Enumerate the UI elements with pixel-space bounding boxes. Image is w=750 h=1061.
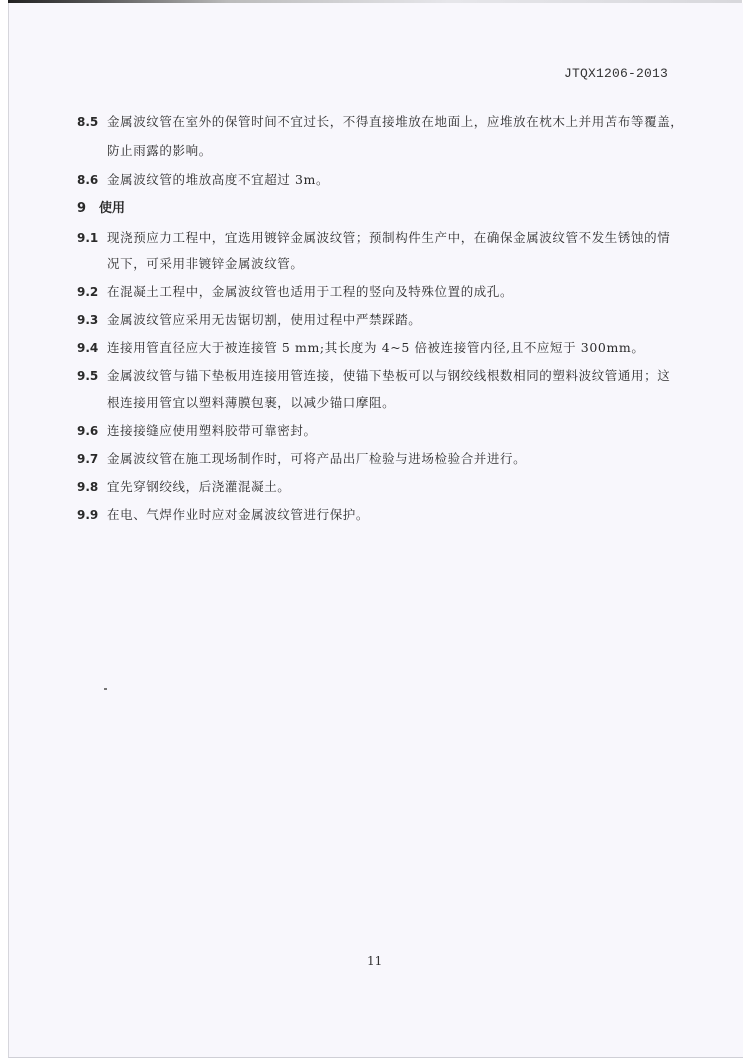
section-heading-9: 9使用 — [77, 201, 125, 217]
clause-9-8: 9.8宜先穿钢绞线，后浇灌混凝土。 — [77, 479, 290, 496]
clause-9-2: 9.2在混凝土工程中，金属波纹管也适用于工程的竖向及特殊位置的成孔。 — [77, 284, 513, 301]
clause-text: 现浇预应力工程中，宜选用镀锌金属波纹管；预制构件生产中，在确保金属波纹管不发生锈… — [107, 230, 670, 245]
clause-text: 金属波纹管与锚下垫板用连接用管连接，使锚下垫板可以与钢绞线根数相同的塑料波纹管通… — [107, 368, 670, 383]
clause-number: 9.5 — [77, 368, 107, 384]
clause-text: 在混凝土工程中，金属波纹管也适用于工程的竖向及特殊位置的成孔。 — [107, 284, 513, 299]
section-number: 9 — [77, 201, 99, 217]
clause-text: 在电、气焊作业时应对金属波纹管进行保护。 — [107, 507, 369, 522]
clause-number: 9.7 — [77, 451, 107, 467]
clause-text: 宜先穿钢绞线，后浇灌混凝土。 — [107, 479, 290, 494]
clause-text: 金属波纹管的堆放高度不宜超过 3m。 — [107, 172, 329, 187]
clause-9-3: 9.3金属波纹管应采用无齿锯切割，使用过程中严禁踩踏。 — [77, 312, 421, 329]
document-code: JTQX1206-2013 — [564, 66, 668, 81]
clause-8-6: 8.6金属波纹管的堆放高度不宜超过 3m。 — [77, 172, 329, 189]
clause-9-6: 9.6连接接缝应使用塑料胶带可靠密封。 — [77, 423, 317, 440]
clause-9-1: 9.1现浇预应力工程中，宜选用镀锌金属波纹管；预制构件生产中，在确保金属波纹管不… — [77, 230, 670, 247]
clause-9-4: 9.4连接用管直径应大于被连接管 5 mm;其长度为 4~5 倍被连接管内径,且… — [77, 340, 644, 357]
clause-number: 9.3 — [77, 312, 107, 328]
clause-number: 9.9 — [77, 507, 107, 523]
document-page — [8, 3, 743, 1058]
clause-number: 9.2 — [77, 284, 107, 300]
clause-number: 8.5 — [77, 114, 107, 130]
clause-text: 金属波纹管在施工现场制作时，可将产品出厂检验与进场检验合并进行。 — [107, 451, 526, 466]
clause-number: 9.1 — [77, 230, 107, 246]
clause-text: 连接接缝应使用塑料胶带可靠密封。 — [107, 423, 317, 438]
clause-9-5-continuation: 根连接用管宜以塑料薄膜包裹，以减少锚口摩阻。 — [107, 395, 395, 411]
clause-text: 金属波纹管应采用无齿锯切割，使用过程中严禁踩踏。 — [107, 312, 421, 327]
clause-text: 连接用管直径应大于被连接管 5 mm;其长度为 4~5 倍被连接管内径,且不应短… — [107, 340, 644, 355]
clause-number: 9.6 — [77, 423, 107, 439]
clause-number: 8.6 — [77, 172, 107, 188]
clause-number: 9.8 — [77, 479, 107, 495]
clause-8-5-continuation: 防止雨露的影响。 — [107, 143, 212, 159]
clause-text: 金属波纹管在室外的保管时间不宜过长，不得直接堆放在地面上，应堆放在枕木上并用苫布… — [107, 114, 683, 129]
clause-number: 9.4 — [77, 340, 107, 356]
clause-8-5: 8.5金属波纹管在室外的保管时间不宜过长，不得直接堆放在地面上，应堆放在枕木上并… — [77, 114, 683, 131]
clause-9-9: 9.9在电、气焊作业时应对金属波纹管进行保护。 — [77, 507, 369, 524]
clause-9-7: 9.7金属波纹管在施工现场制作时，可将产品出厂检验与进场检验合并进行。 — [77, 451, 526, 468]
scan-speck — [104, 688, 107, 690]
page-number: 11 — [367, 954, 382, 968]
clause-9-1-continuation: 况下，可采用非镀锌金属波纹管。 — [107, 256, 304, 272]
clause-9-5: 9.5金属波纹管与锚下垫板用连接用管连接，使锚下垫板可以与钢绞线根数相同的塑料波… — [77, 368, 670, 385]
section-title: 使用 — [99, 201, 125, 216]
